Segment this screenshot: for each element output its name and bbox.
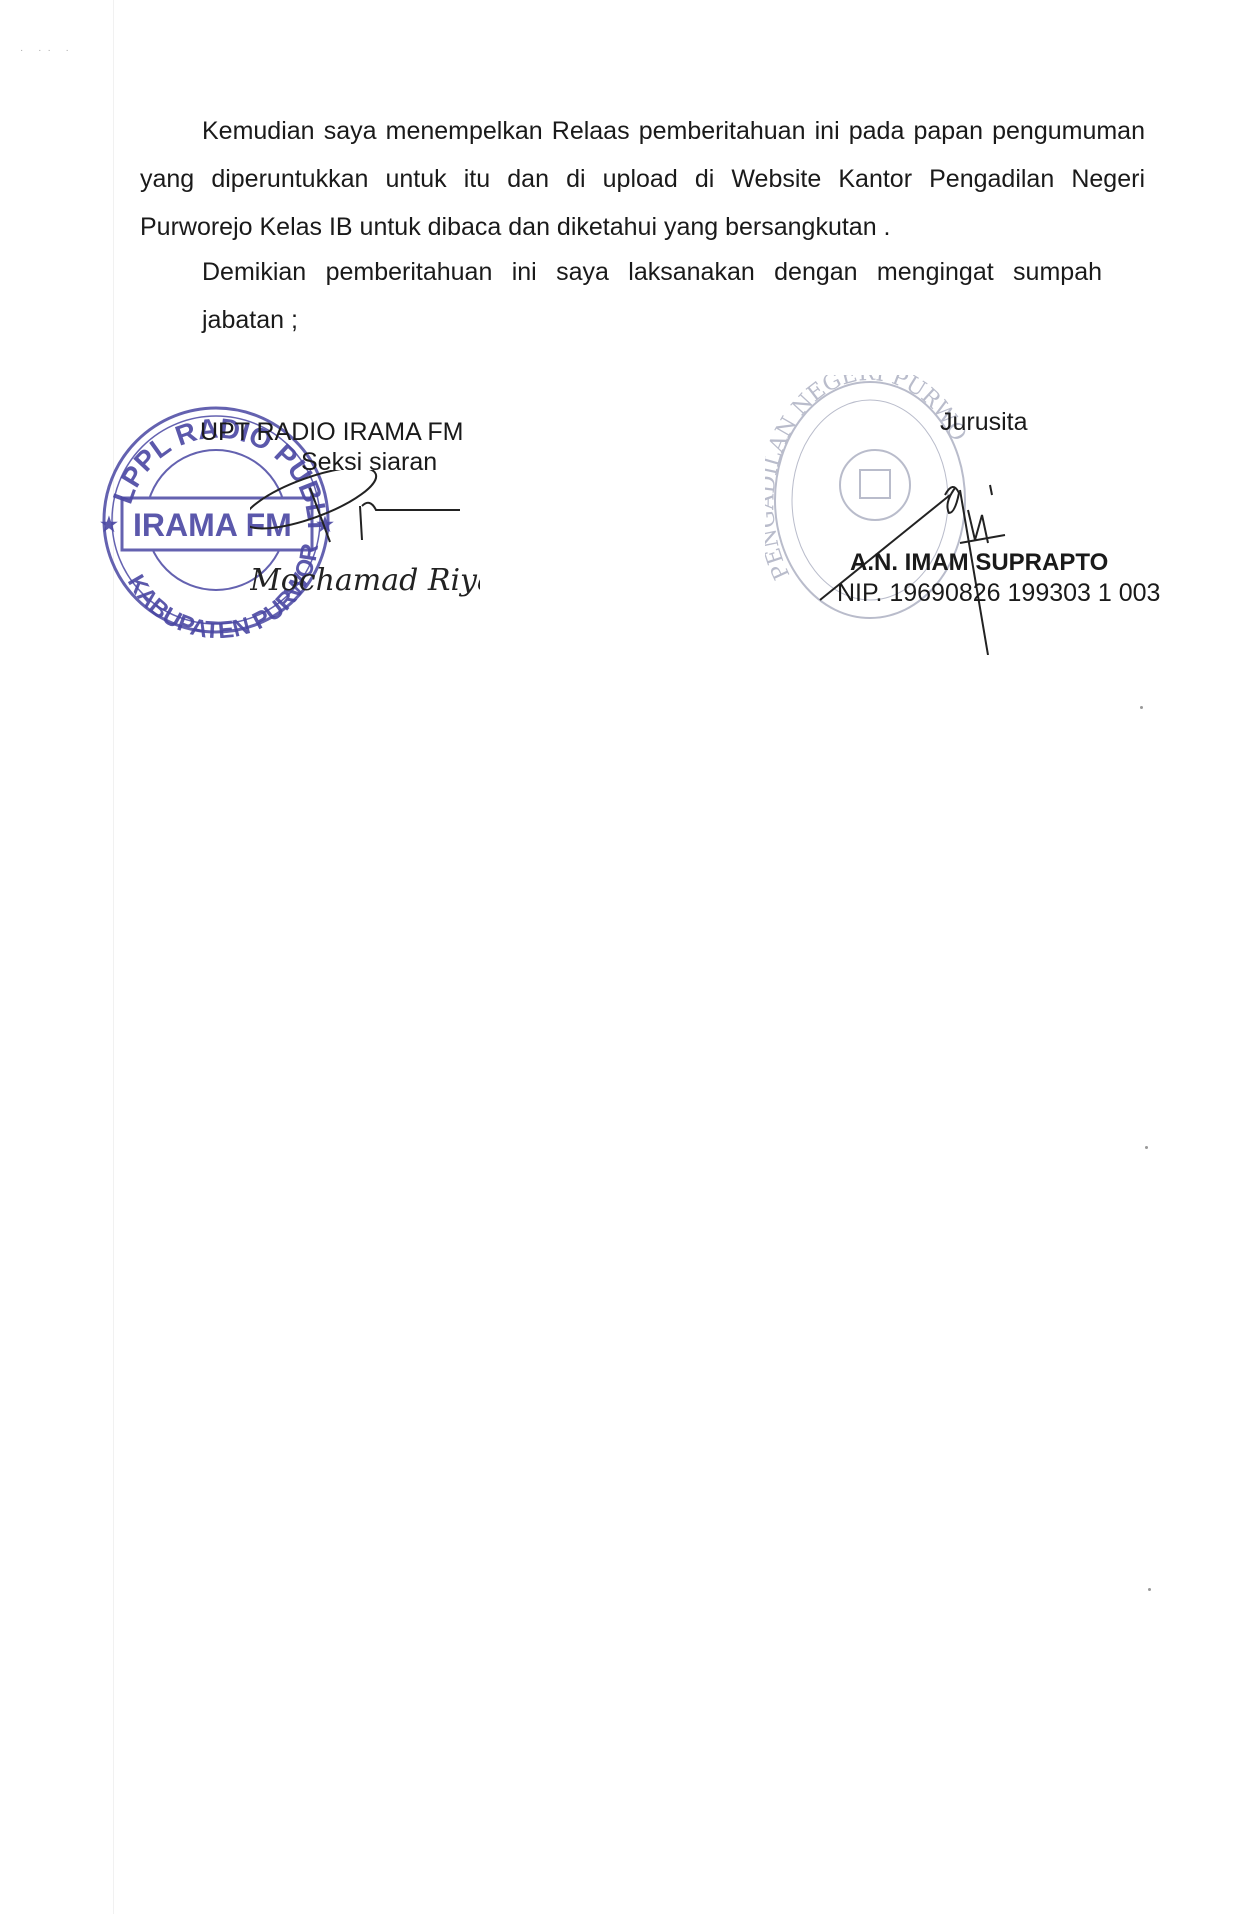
left-organization: UPT RADIO IRAMA FM: [200, 417, 463, 447]
right-signatory-nip: NIP. 19690826 199303 1 003: [837, 578, 1160, 608]
paragraph-notice: Kemudian saya menempelkan Relaas pemberi…: [140, 107, 1145, 251]
document-page: · ·· · Kemudian saya menempelkan Relaas …: [0, 0, 1239, 1914]
svg-text:IRAMA FM: IRAMA FM: [133, 507, 292, 543]
scan-edge-line: [113, 0, 114, 1914]
scan-dot: [1145, 1146, 1148, 1149]
svg-text:Mochamad Riyadi: Mochamad Riyadi: [250, 563, 480, 598]
right-signatory-name: A.N. IMAM SUPRAPTO: [850, 548, 1108, 578]
scan-specks: · ·· ·: [20, 45, 90, 65]
left-signature: Mochamad Riyadi: [250, 470, 480, 610]
scan-dot: [1140, 706, 1143, 709]
svg-text:★: ★: [316, 514, 334, 536]
right-title: Jurusita: [940, 407, 1028, 437]
paragraph-closing: Demikian pemberitahuan ini saya laksanak…: [202, 248, 1102, 344]
svg-text:★: ★: [100, 514, 118, 536]
left-section: Seksi siaran: [301, 447, 437, 477]
scan-dot: [1148, 1588, 1151, 1591]
